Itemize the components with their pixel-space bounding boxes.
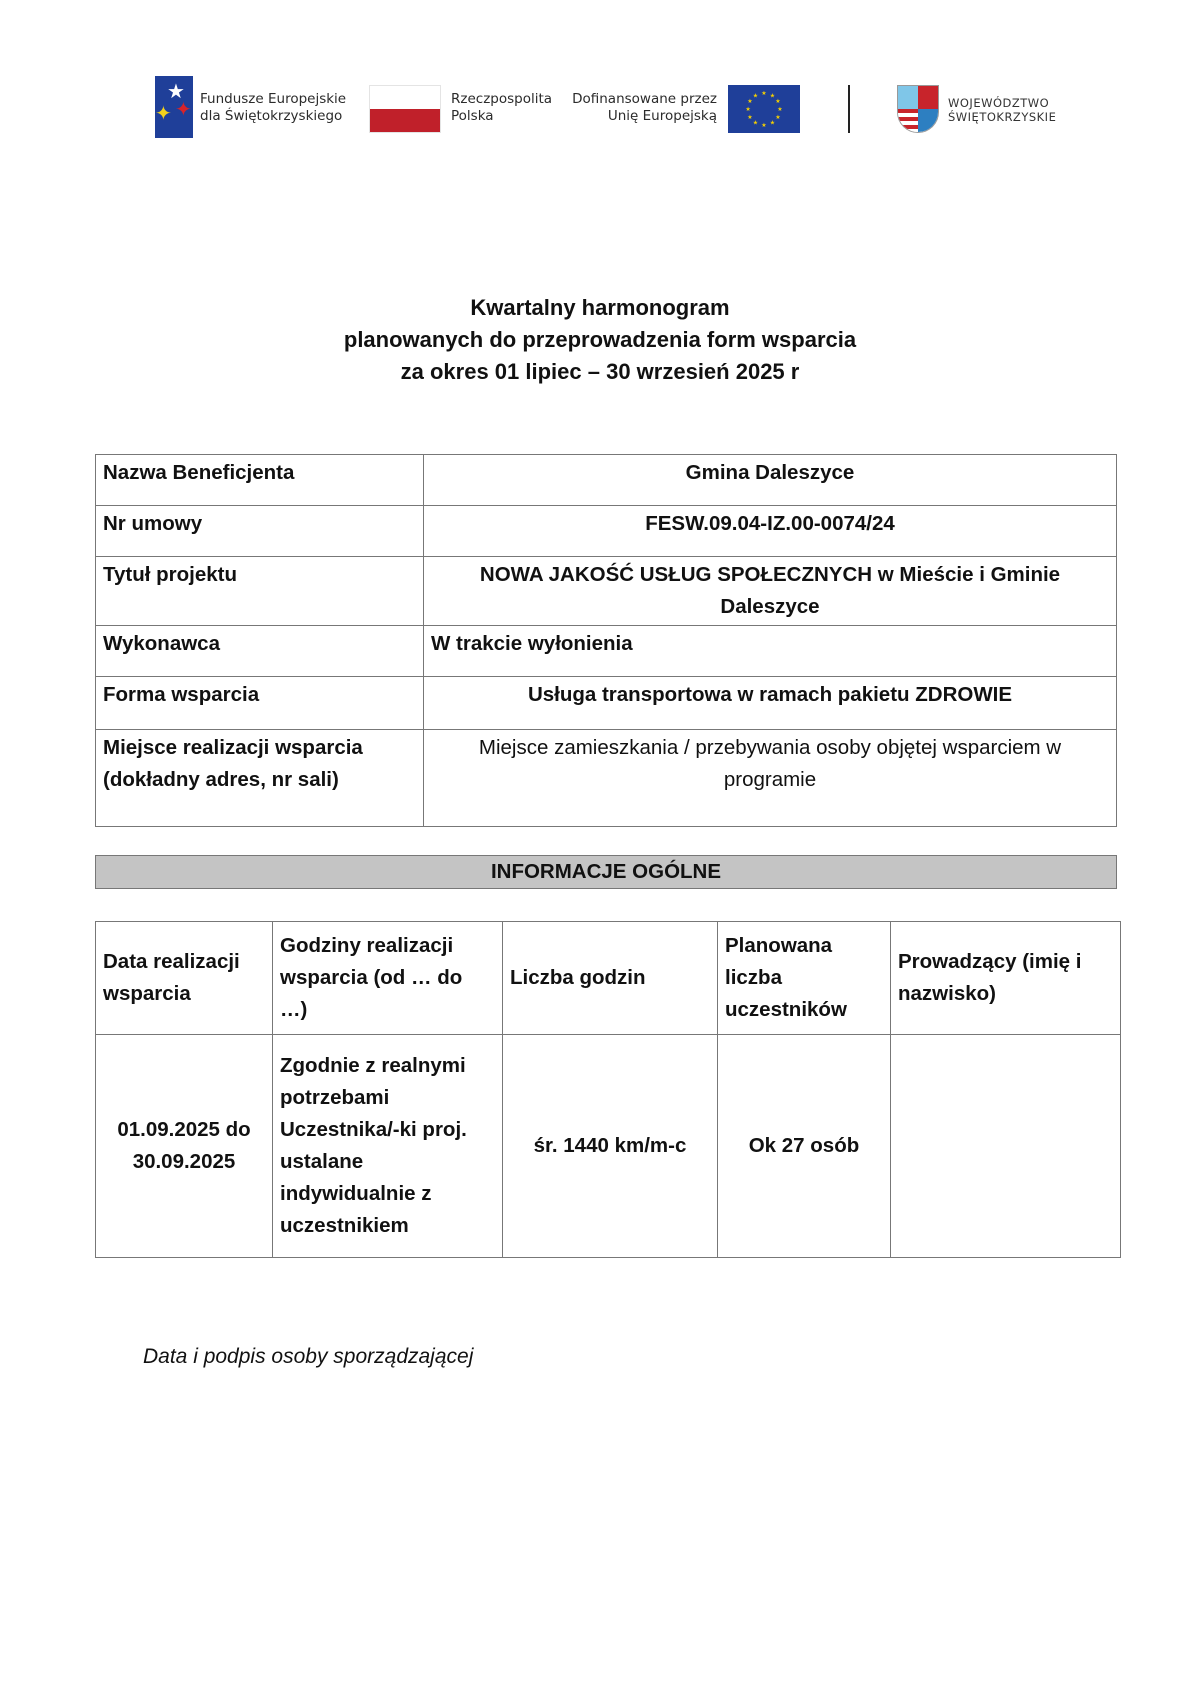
row-value: Usługa transportowa w ramach pakietu ZDR… xyxy=(424,677,1117,730)
row-label: Nr umowy xyxy=(96,506,424,557)
svg-text:★: ★ xyxy=(770,120,775,127)
hours-count-cell: śr. 1440 km/m-c xyxy=(503,1035,718,1258)
row-value: Gmina Daleszyce xyxy=(424,455,1117,506)
row-label: Wykonawca xyxy=(96,626,424,677)
table-header-row: Data realizacji wsparcia Godziny realiza… xyxy=(96,922,1121,1035)
date-cell: 01.09.2025 do 30.09.2025 xyxy=(96,1035,273,1258)
column-header: Liczba godzin xyxy=(503,922,718,1035)
voivodeship-logo-text: WOJEWÓDZTWO ŚWIĘTOKRZYSKIE xyxy=(948,96,1056,124)
svg-text:★: ★ xyxy=(775,98,780,105)
table-row: Nazwa Beneficjenta Gmina Daleszyce xyxy=(96,455,1117,506)
hours-cell: Zgodnie z realnymi potrzebami Uczestnika… xyxy=(273,1035,503,1258)
eu-flag-icon: ★★★ ★★★ ★★★ ★★★ xyxy=(728,85,800,133)
table-row: Miejsce realizacji wsparcia (dokładny ad… xyxy=(96,730,1117,827)
schedule-table: Data realizacji wsparcia Godziny realiza… xyxy=(95,921,1121,1258)
coat-of-arms-icon xyxy=(897,85,939,133)
star-icon: ✦ xyxy=(175,100,192,120)
participants-cell: Ok 27 osób xyxy=(718,1035,891,1258)
row-label: Nazwa Beneficjenta xyxy=(96,455,424,506)
logo-divider xyxy=(848,85,850,133)
row-label: Tytuł projektu xyxy=(96,557,424,626)
svg-text:★: ★ xyxy=(753,120,758,127)
section-header: INFORMACJE OGÓLNE xyxy=(95,855,1117,889)
signature-label: Data i podpis osoby sporządzającej xyxy=(143,1345,473,1369)
column-header: Data realizacji wsparcia xyxy=(96,922,273,1035)
row-value: FESW.09.04-IZ.00-0074/24 xyxy=(424,506,1117,557)
svg-text:★: ★ xyxy=(747,114,752,121)
fe-logo-text: Fundusze Europejskie dla Świętokrzyskieg… xyxy=(200,91,346,125)
svg-text:★: ★ xyxy=(746,106,751,113)
table-row: Nr umowy FESW.09.04-IZ.00-0074/24 xyxy=(96,506,1117,557)
fe-logo-icon: ★ ✦ ✦ xyxy=(155,76,193,138)
svg-text:★: ★ xyxy=(777,106,782,113)
column-header: Prowadzący (imię i nazwisko) xyxy=(891,922,1121,1035)
table-row: Wykonawca W trakcie wyłonienia xyxy=(96,626,1117,677)
star-icon: ✦ xyxy=(155,104,172,124)
table-row: Forma wsparcia Usługa transportowa w ram… xyxy=(96,677,1117,730)
rp-logo-text: Rzeczpospolita Polska xyxy=(451,91,552,125)
svg-text:★: ★ xyxy=(775,114,780,121)
column-header: Planowana liczba uczestników xyxy=(718,922,891,1035)
instructor-cell xyxy=(891,1035,1121,1258)
column-header: Godziny realizacji wsparcia (od … do …) xyxy=(273,922,503,1035)
project-info-table: Nazwa Beneficjenta Gmina Daleszyce Nr um… xyxy=(95,454,1117,827)
table-row: Tytuł projektu NOWA JAKOŚĆ USŁUG SPOŁECZ… xyxy=(96,557,1117,626)
row-value: W trakcie wyłonienia xyxy=(424,626,1117,677)
eu-cofinanced-text: Dofinansowane przez Unię Europejską xyxy=(560,91,717,125)
document-title: Kwartalny harmonogram planowanych do prz… xyxy=(0,292,1200,388)
svg-text:★: ★ xyxy=(761,91,766,97)
svg-text:★: ★ xyxy=(761,122,766,127)
row-label: Miejsce realizacji wsparcia (dokładny ad… xyxy=(96,730,424,827)
row-label: Forma wsparcia xyxy=(96,677,424,730)
table-row: 01.09.2025 do 30.09.2025 Zgodnie z realn… xyxy=(96,1035,1121,1258)
polish-flag-icon xyxy=(369,85,441,133)
row-value: Miejsce zamieszkania / przebywania osoby… xyxy=(424,730,1117,827)
row-value: NOWA JAKOŚĆ USŁUG SPOŁECZNYCH w Mieście … xyxy=(424,557,1117,626)
svg-text:★: ★ xyxy=(753,93,758,100)
